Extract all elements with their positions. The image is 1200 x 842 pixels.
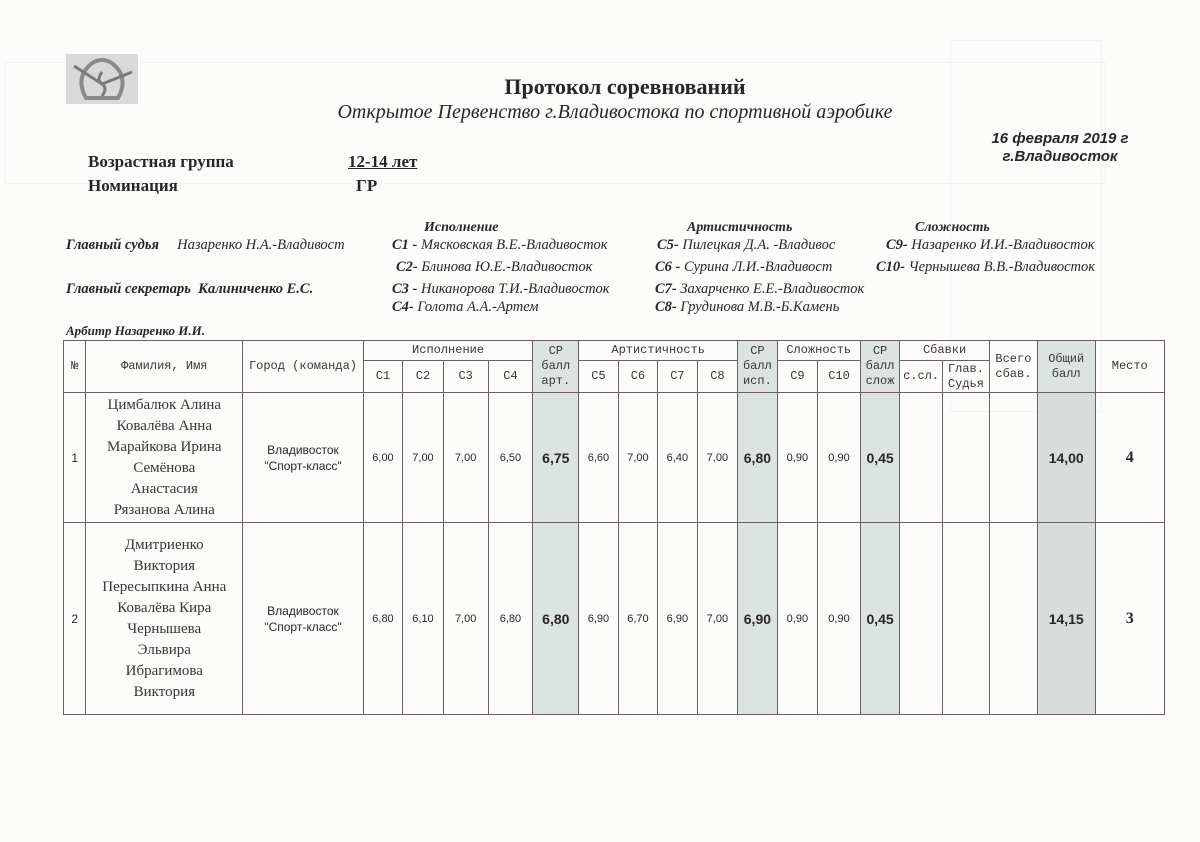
cell-num: 1 (64, 393, 86, 523)
header-c4: C4 (488, 361, 533, 393)
category-execution: Исполнение (424, 220, 498, 236)
cell-avg-exec: 6,90 (738, 523, 777, 715)
city-name: Владивосток (243, 603, 363, 619)
cell-avg-exec: 6,80 (738, 393, 777, 523)
judge-code: C4- (392, 299, 414, 315)
cell-num: 2 (64, 523, 86, 715)
cell-c1: 6,00 (363, 393, 402, 523)
member-name: Виктория (86, 556, 242, 577)
judge-code: C3 - (392, 281, 417, 297)
cell-avg-art: 6,80 (533, 523, 579, 715)
chief-secretary-name: Калиниченко Е.С. (198, 281, 313, 297)
header-total-deductions: Всего сбав. (989, 341, 1037, 393)
chief-judge: Главный судья Назаренко Н.А.-Владивост (66, 237, 345, 254)
cell-total-ded (989, 523, 1037, 715)
member-name: Ковалёва Кира (86, 598, 242, 619)
table-row: 1Цимбалюк АлинаКовалёва АннаМарайкова Ир… (64, 393, 1165, 523)
member-name: Пересыпкина Анна (86, 577, 242, 598)
page-title: Протокол соревнований (0, 74, 1200, 100)
cell-total: 14,00 (1037, 393, 1095, 523)
judge-c8: C8- Грудинова М.В.-Б.Камень (655, 299, 839, 316)
city-name: Владивосток (243, 442, 363, 458)
date-location: 16 февраля 2019 г г.Владивосток (960, 130, 1160, 166)
cell-c8: 7,00 (697, 523, 738, 715)
cell-ded-sl (900, 393, 943, 523)
cell-c7: 6,90 (658, 523, 697, 715)
cell-c10: 0,90 (818, 523, 861, 715)
results-table: № Фамилия, Имя Город (команда) Исполнени… (63, 340, 1165, 715)
competition-date: 16 февраля 2019 г (960, 130, 1160, 148)
judge-c3: C3 - Никанорова Т.И.-Владивосток (392, 281, 610, 298)
judge-c5: C5- Пилецкая Д.А. -Владивос (657, 237, 835, 254)
header-artistry: Артистичность (579, 341, 738, 361)
team-name: "Спорт-класс" (243, 619, 363, 635)
judge-name: Грудинова М.В.-Б.Камень (680, 299, 839, 315)
judge-name: Пилецкая Д.А. -Владивос (682, 237, 835, 253)
cell-ded-chief (942, 523, 989, 715)
cell-c10: 0,90 (818, 393, 861, 523)
cell-total-ded (989, 393, 1037, 523)
member-name: Ковалёва Анна (86, 416, 242, 437)
cell-c4: 6,80 (488, 523, 533, 715)
competition-subtitle: Открытое Первенство г.Владивостока по сп… (0, 101, 1200, 124)
header-deductions: Сбавки (900, 341, 990, 361)
judge-c2: C2- Блинова Ю.Е.-Владивосток (396, 259, 592, 276)
cell-avg-diff: 0,45 (860, 393, 899, 523)
judge-name: Захарченко Е.Е.-Владивосток (680, 281, 864, 297)
table-row: 2ДмитриенкоВикторияПересыпкина АннаКовал… (64, 523, 1165, 715)
nomination-value: ГР (356, 176, 377, 196)
header-c7: C7 (658, 361, 697, 393)
header-c2: C2 (403, 361, 444, 393)
judge-c4: C4- Голота А.А.-Артем (392, 299, 539, 316)
cell-c3: 7,00 (443, 393, 488, 523)
arbiter: Арбитр Назаренко И.И. (66, 323, 205, 339)
cell-c5: 6,60 (579, 393, 618, 523)
cell-c2: 6,10 (403, 523, 444, 715)
judge-name: Голота А.А.-Артем (417, 299, 538, 315)
member-name: Анастасия (86, 479, 242, 500)
cell-c8: 7,00 (697, 393, 738, 523)
judge-c1: C1 - Мясковская В.Е.-Владивосток (392, 237, 608, 254)
header-c9: C9 (777, 361, 818, 393)
chief-secretary-label: Главный секретарь (66, 281, 191, 297)
judge-code: C8- (655, 299, 677, 315)
header-execution: Исполнение (363, 341, 533, 361)
chief-judge-name: Назаренко Н.А.-Владивост (177, 237, 344, 253)
nomination-label: Номинация (88, 176, 178, 196)
age-group-label: Возрастная группа (88, 152, 234, 172)
header-avg-art: СР балл арт. (533, 341, 579, 393)
member-name: Марайкова Ирина (86, 437, 242, 458)
cell-names: Цимбалюк АлинаКовалёва АннаМарайкова Ири… (86, 393, 243, 523)
judge-code: C1 - (392, 237, 417, 253)
cell-c2: 7,00 (403, 393, 444, 523)
header-city: Город (команда) (243, 341, 364, 393)
member-name: Рязанова Алина (86, 500, 242, 521)
header-difficulty: Сложность (777, 341, 860, 361)
judge-c6: C6 - Сурина Л.И.-Владивост (655, 259, 832, 276)
header-c8: C8 (697, 361, 738, 393)
category-difficulty: Сложность (915, 220, 990, 236)
cell-c3: 7,00 (443, 523, 488, 715)
judge-name: Назаренко И.И.-Владивосток (911, 237, 1094, 253)
member-name: Семёнова (86, 458, 242, 479)
cell-c1: 6,80 (363, 523, 402, 715)
member-name: Ибрагимова (86, 661, 242, 682)
judge-c9: C9- Назаренко И.И.-Владивосток (886, 237, 1095, 254)
cell-total: 14,15 (1037, 523, 1095, 715)
member-name: Виктория (86, 682, 242, 703)
header-ded-chief: Глав. Судья (942, 361, 989, 393)
chief-judge-label: Главный судья (66, 237, 159, 253)
member-name: Эльвира (86, 640, 242, 661)
judge-name: Блинова Ю.Е.-Владивосток (421, 259, 592, 275)
cell-city: Владивосток"Спорт-класс" (243, 523, 364, 715)
header-num: № (64, 341, 86, 393)
header-c1: C1 (363, 361, 402, 393)
judge-code: C2- (396, 259, 418, 275)
header-c5: C5 (579, 361, 618, 393)
header-avg-diff: СР балл слож (860, 341, 899, 393)
cell-c5: 6,90 (579, 523, 618, 715)
cell-c9: 0,90 (777, 523, 818, 715)
cell-c7: 6,40 (658, 393, 697, 523)
header-c6: C6 (618, 361, 657, 393)
judge-code: C5- (657, 237, 679, 253)
judge-name: Мясковская В.Е.-Владивосток (421, 237, 608, 253)
category-artistry: Артистичность (687, 220, 792, 236)
member-name: Цимбалюк Алина (86, 395, 242, 416)
cell-c6: 6,70 (618, 523, 657, 715)
header-total: Общий балл (1037, 341, 1095, 393)
cell-ded-sl (900, 523, 943, 715)
judge-name: Никанорова Т.И.-Владивосток (421, 281, 610, 297)
team-name: "Спорт-класс" (243, 458, 363, 474)
header-ded-sl: с.сл. (900, 361, 943, 393)
cell-city: Владивосток"Спорт-класс" (243, 393, 364, 523)
header-name: Фамилия, Имя (86, 341, 243, 393)
judge-code: C6 - (655, 259, 680, 275)
chief-secretary: Главный секретарь Калиниченко Е.С. (66, 281, 313, 298)
header-avg-exec: СР балл исп. (738, 341, 777, 393)
header-c10: C10 (818, 361, 861, 393)
competition-location: г.Владивосток (960, 148, 1160, 166)
cell-place: 3 (1095, 523, 1164, 715)
judge-name: Чернышева В.В.-Владивосток (909, 259, 1095, 275)
cell-avg-diff: 0,45 (860, 523, 899, 715)
judge-code: C10- (876, 259, 905, 275)
cell-place: 4 (1095, 393, 1164, 523)
judge-code: C7- (655, 281, 677, 297)
judge-name: Сурина Л.И.-Владивост (684, 259, 832, 275)
cell-ded-chief (942, 393, 989, 523)
cell-c6: 7,00 (618, 393, 657, 523)
judge-c7: C7- Захарченко Е.Е.-Владивосток (655, 281, 864, 298)
cell-names: ДмитриенкоВикторияПересыпкина АннаКовалё… (86, 523, 243, 715)
cell-c4: 6,50 (488, 393, 533, 523)
judge-c10: C10- Чернышева В.В.-Владивосток (876, 259, 1095, 276)
header-place: Место (1095, 341, 1164, 393)
member-name: Чернышева (86, 619, 242, 640)
cell-c9: 0,90 (777, 393, 818, 523)
cell-avg-art: 6,75 (533, 393, 579, 523)
member-name: Дмитриенко (86, 535, 242, 556)
header-c3: C3 (443, 361, 488, 393)
judge-code: C9- (886, 237, 908, 253)
age-group-value: 12-14 лет (348, 152, 417, 172)
